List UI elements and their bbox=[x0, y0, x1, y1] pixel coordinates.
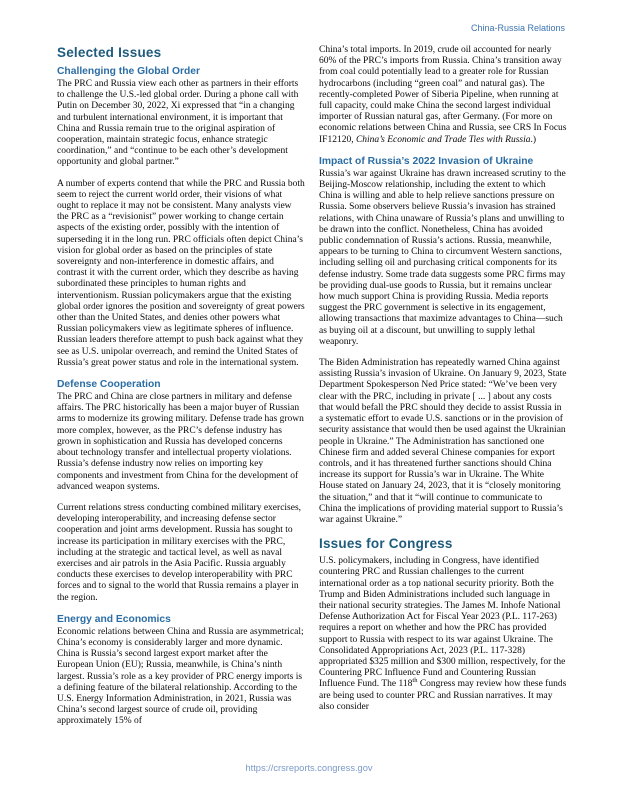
continuation-text: China’s total imports. In 2019, crude oi… bbox=[319, 45, 566, 145]
continuation-close: .) bbox=[531, 135, 537, 145]
crs-report-title-italic: China’s Economic and Trade Ties with Rus… bbox=[356, 135, 531, 145]
paragraph-ukraine-1: Russia’s war against Ukraine has drawn i… bbox=[319, 169, 567, 348]
sub-heading-ukraine-invasion-impact: Impact of Russia’s 2022 Invasion of Ukra… bbox=[319, 156, 567, 168]
section-heading-selected-issues: Selected Issues bbox=[57, 45, 305, 61]
document-page: China-Russia Relations Selected Issues C… bbox=[0, 0, 618, 800]
two-column-layout: Selected Issues Challenging the Global O… bbox=[57, 45, 567, 728]
paragraph-energy-1: Economic relations between China and Rus… bbox=[57, 627, 305, 728]
congress-text-pre: U.S. policymakers, including in Congress… bbox=[319, 556, 565, 689]
paragraph-global-order-2: A number of experts contend that while t… bbox=[57, 179, 305, 369]
section-heading-issues-for-congress: Issues for Congress bbox=[319, 536, 567, 552]
paragraph-energy-continuation: China’s total imports. In 2019, crude oi… bbox=[319, 45, 567, 146]
right-column: China’s total imports. In 2019, crude oi… bbox=[319, 45, 567, 728]
paragraph-congress-1: U.S. policymakers, including in Congress… bbox=[319, 556, 567, 713]
paragraph-ukraine-2: The Biden Administration has repeatedly … bbox=[319, 358, 567, 526]
paragraph-defense-1: The PRC and China are close partners in … bbox=[57, 392, 305, 493]
left-column: Selected Issues Challenging the Global O… bbox=[57, 45, 305, 728]
sub-heading-challenging-global-order: Challenging the Global Order bbox=[57, 66, 305, 78]
paragraph-defense-2: Current relations stress conducting comb… bbox=[57, 503, 305, 604]
paragraph-global-order-1: The PRC and Russia view each other as pa… bbox=[57, 79, 305, 169]
page-footer: https://crsreports.congress.gov bbox=[0, 763, 618, 773]
page-header-title: China-Russia Relations bbox=[471, 23, 565, 33]
sub-heading-energy-economics: Energy and Economics bbox=[57, 614, 305, 626]
crs-reports-link[interactable]: https://crsreports.congress.gov bbox=[245, 763, 372, 773]
sub-heading-defense-cooperation: Defense Cooperation bbox=[57, 379, 305, 391]
